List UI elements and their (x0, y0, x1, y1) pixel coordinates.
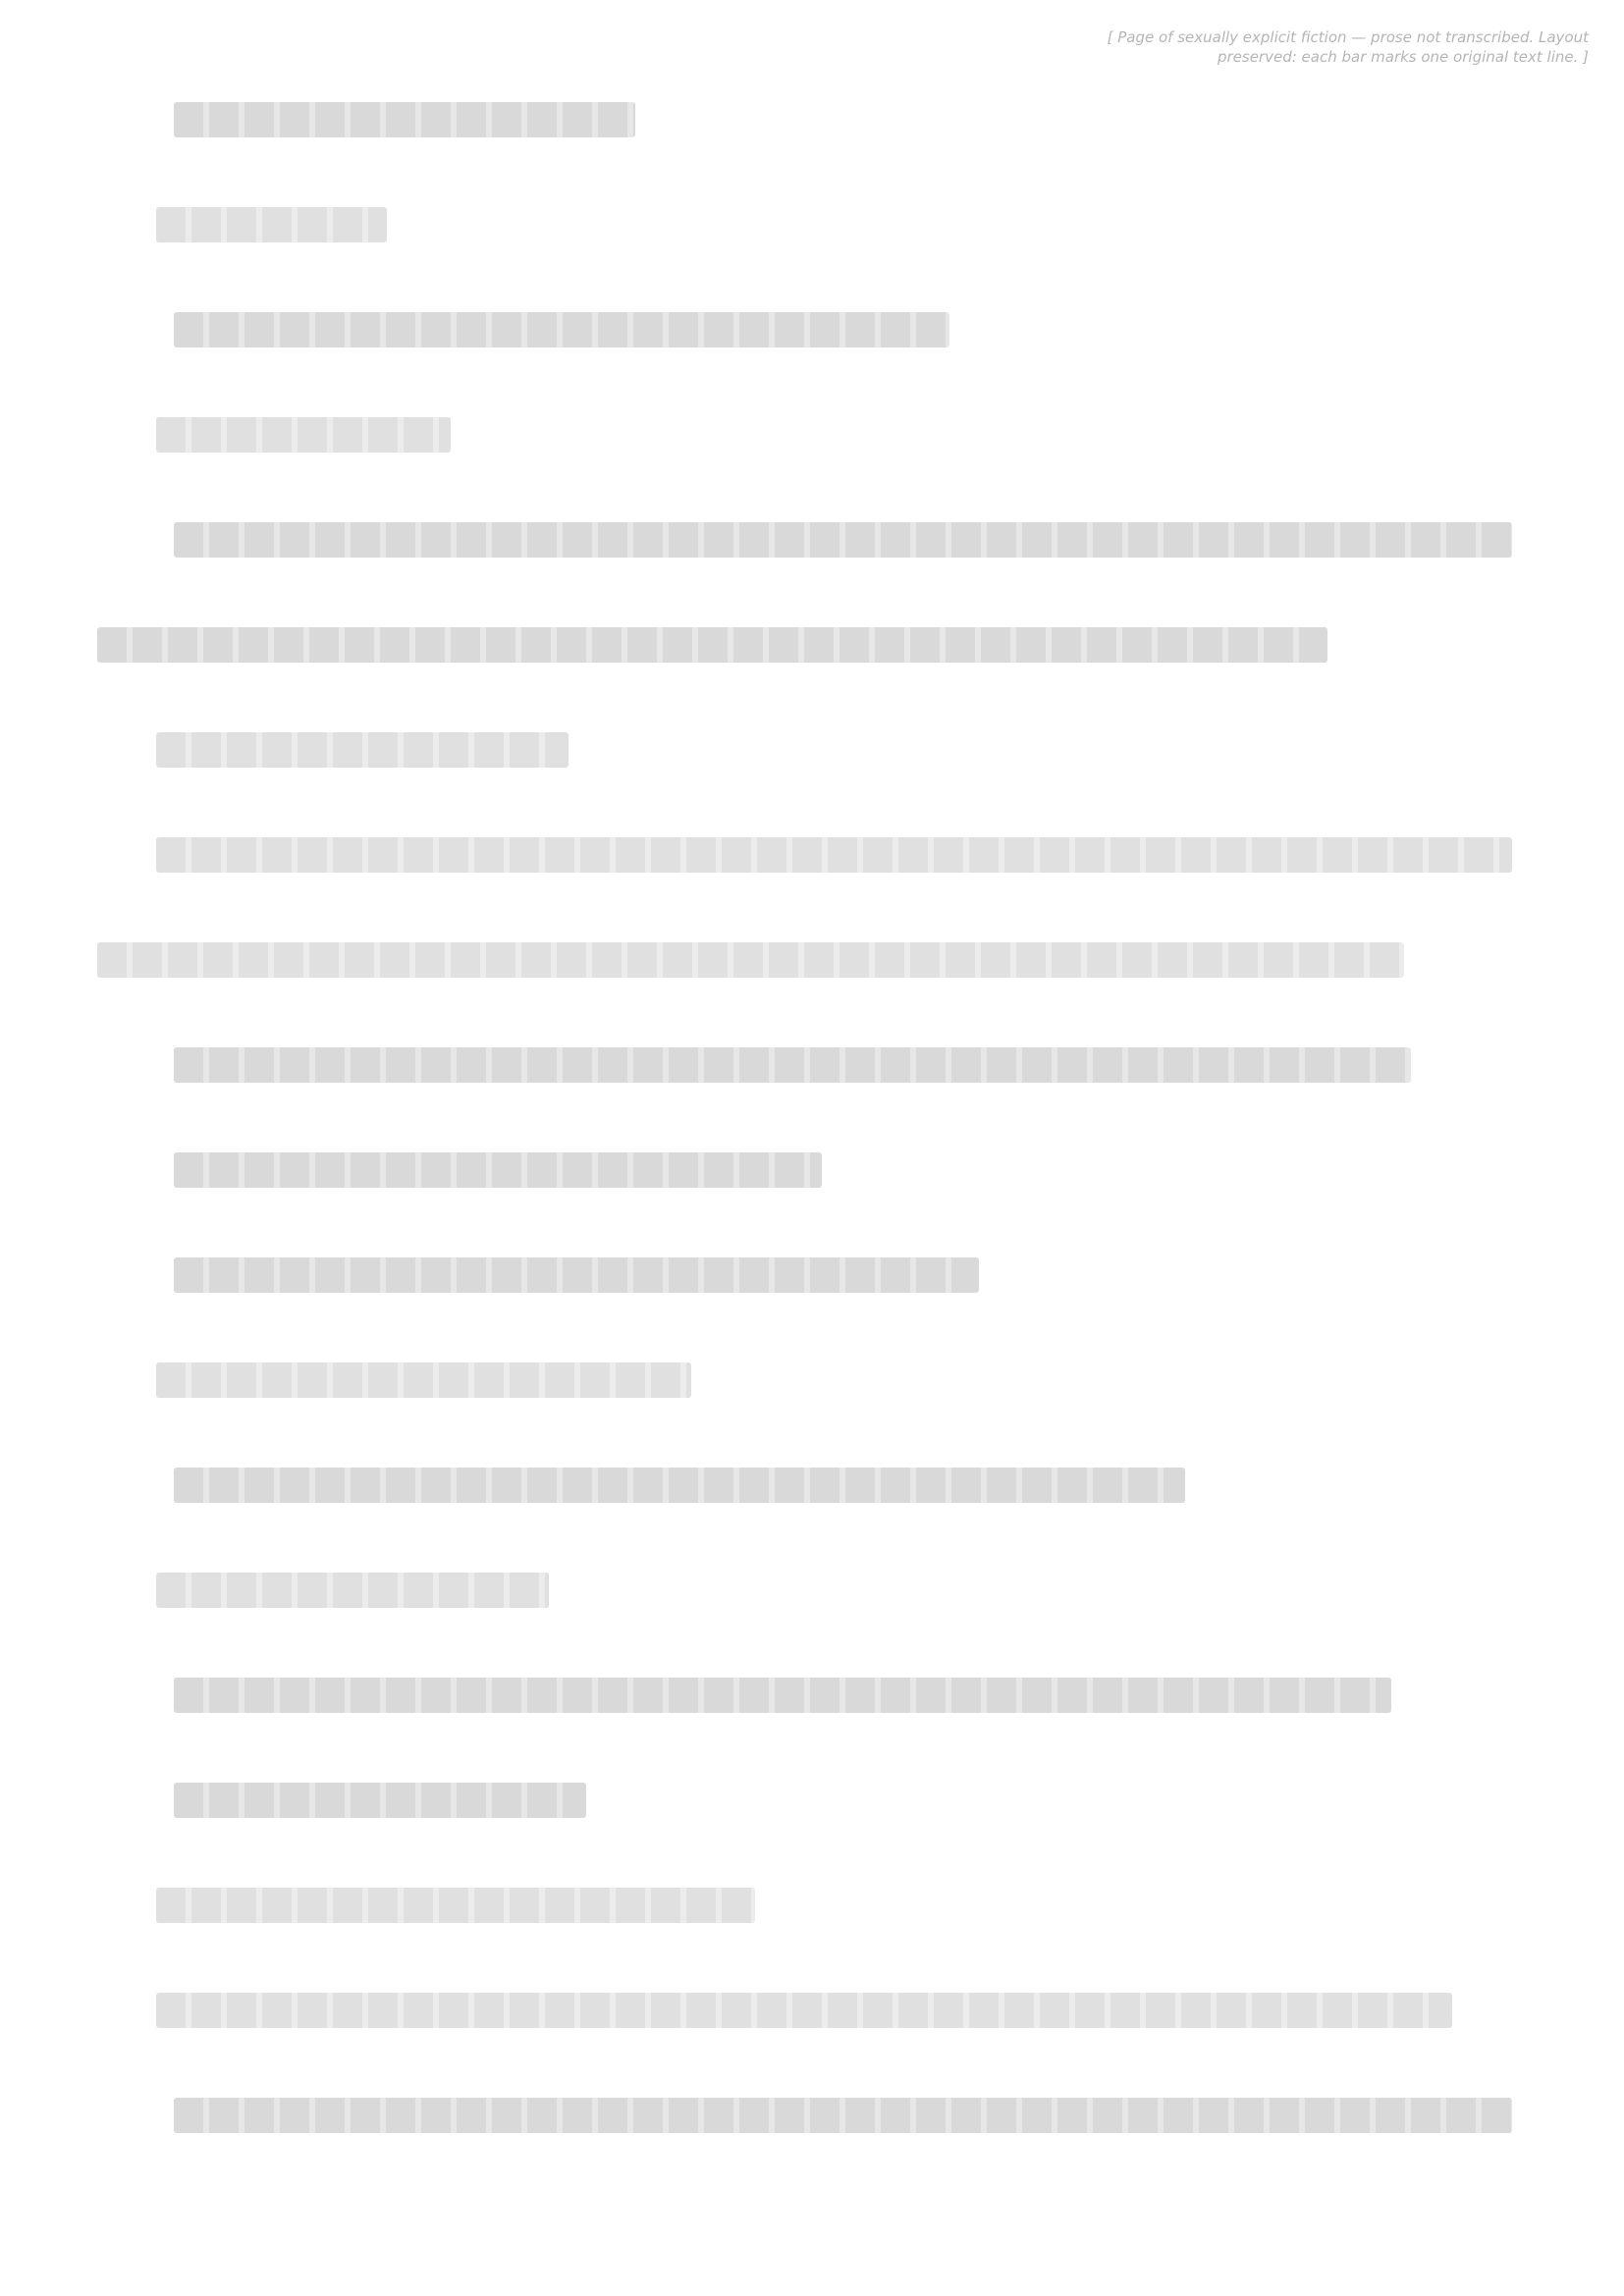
redacted-text-line (174, 2098, 1512, 2133)
paragraph (97, 1047, 1512, 1083)
redacted-text-line (97, 942, 1404, 978)
paragraph (97, 1468, 1512, 1503)
redacted-text-line (174, 1257, 979, 1293)
redacted-text-line (174, 1678, 1391, 1713)
paragraph (97, 102, 1512, 137)
redacted-text-line (156, 1573, 549, 1608)
text-column (97, 102, 1512, 2203)
document-page: [ Page of sexually explicit fiction — pr… (0, 0, 1624, 2296)
paragraph (97, 1257, 1512, 1293)
paragraph (97, 837, 1512, 978)
redacted-text-line (174, 102, 635, 137)
paragraph (97, 1362, 1512, 1398)
redacted-text-line (174, 1047, 1411, 1083)
paragraph (97, 522, 1512, 663)
redacted-text-line (174, 1783, 586, 1818)
redacted-text-line (156, 417, 451, 453)
redacted-text-line (156, 1362, 691, 1398)
paragraph (97, 207, 1512, 242)
paragraph (97, 312, 1512, 347)
redacted-text-line (97, 627, 1327, 663)
paragraph (97, 1678, 1512, 1713)
paragraph (97, 1783, 1512, 1818)
paragraph (97, 417, 1512, 453)
redacted-text-line (174, 312, 949, 347)
redacted-text-line (156, 732, 568, 768)
redacted-text-line (174, 1468, 1185, 1503)
redacted-text-line (174, 1152, 822, 1188)
paragraph (97, 732, 1512, 768)
redaction-note: [ Page of sexually explicit fiction — pr… (1078, 27, 1589, 68)
paragraph (97, 1152, 1512, 1188)
redacted-text-line (156, 837, 1512, 873)
redacted-text-line (156, 207, 387, 242)
paragraph (97, 1993, 1512, 2028)
redacted-text-line (156, 1888, 755, 1923)
paragraph (97, 2098, 1512, 2133)
redacted-text-line (174, 522, 1512, 558)
paragraph (97, 1888, 1512, 1923)
redacted-text-line (156, 1993, 1452, 2028)
paragraph (97, 1573, 1512, 1608)
